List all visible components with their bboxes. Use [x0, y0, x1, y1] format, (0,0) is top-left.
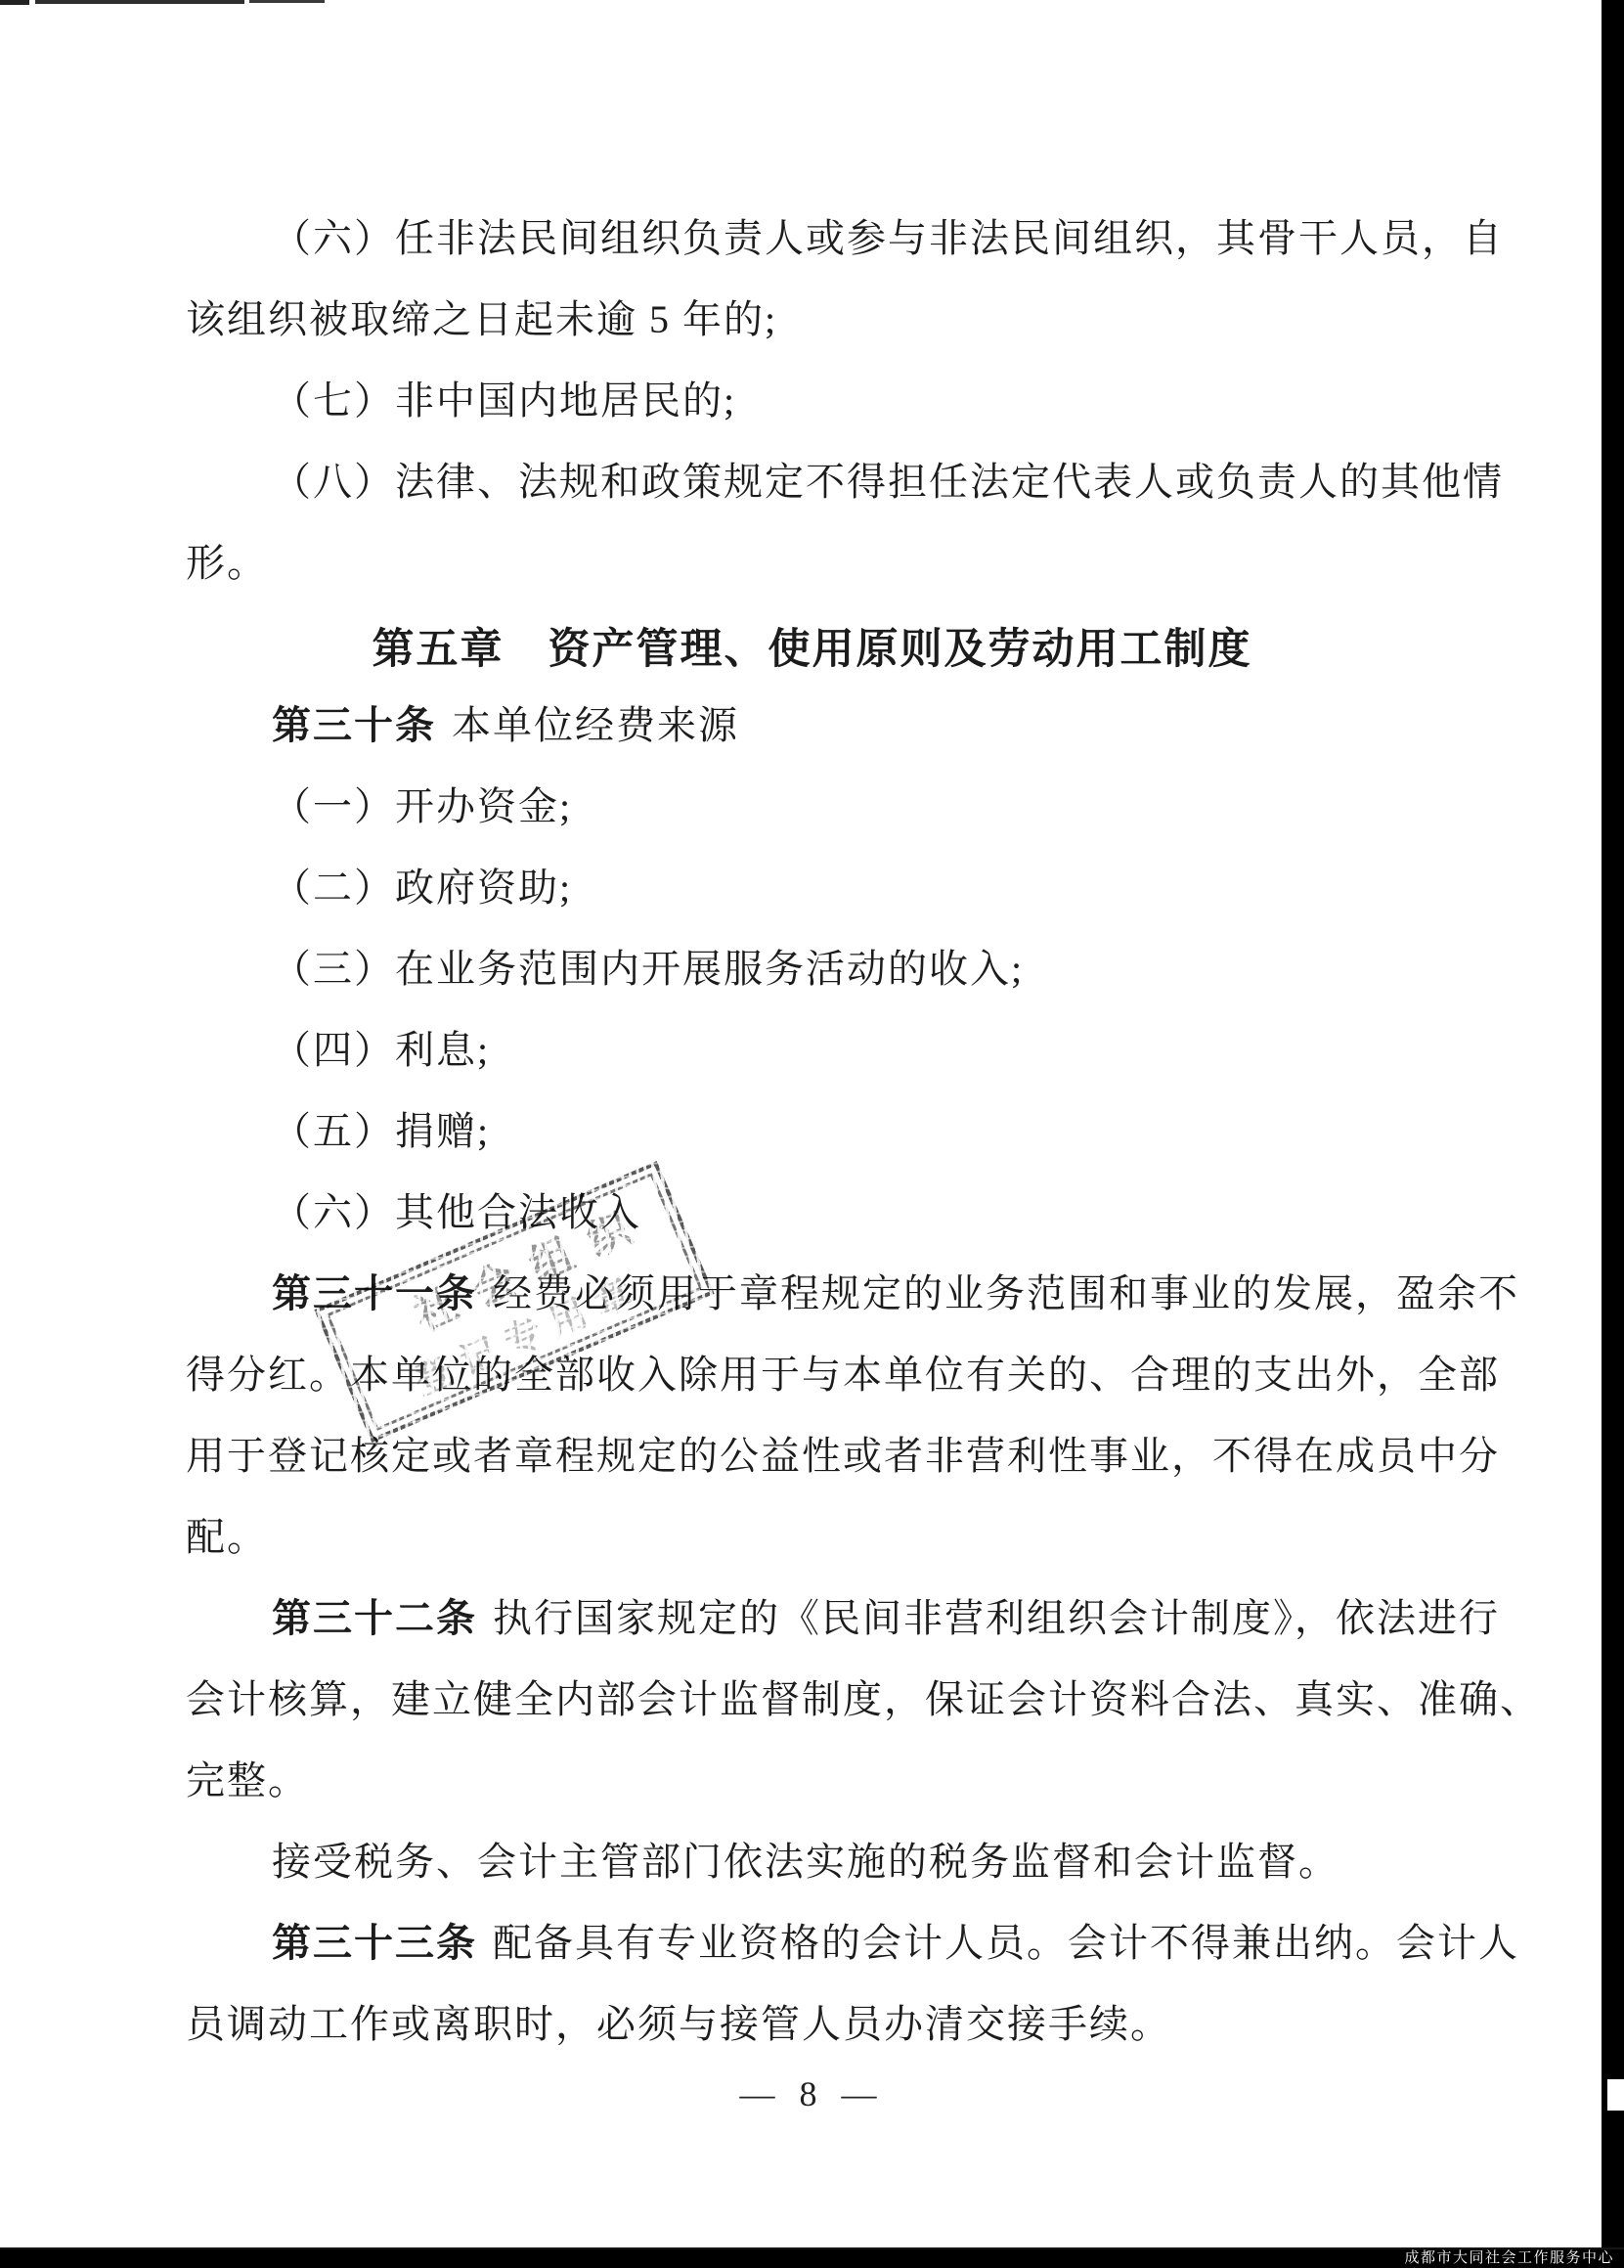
article-text: 配备具有专业资格的会计人员。会计不得兼出纳。会计人 [493, 1921, 1519, 1965]
article-number: 第三十条 [272, 704, 436, 747]
document-line: 员调动工作或离职时，必须与接管人员办清交接手续。 [186, 2003, 1171, 2046]
document-line: 形。 [186, 542, 268, 585]
document-line-article: 第三十条本单位经费来源 [272, 704, 739, 747]
document-line: 接受税务、会计主管部门依法实施的税务监督和会计监督。 [272, 1841, 1339, 1884]
document-line: （八）法律、法规和政策规定不得担任法定代表人或负责人的其他情 [272, 461, 1504, 504]
chapter-heading: 第五章 资产管理、使用原则及劳动用工制度 [0, 616, 1624, 676]
document-page: （六）任非法民间组织负责人或参与非法民间组织，其骨干人员，自 该组织被取缔之日起… [0, 0, 1624, 2268]
article-number: 第三十二条 [272, 1597, 477, 1640]
document-line-article: 第三十三条配备具有专业资格的会计人员。会计不得兼出纳。会计人 [272, 1922, 1519, 1965]
scan-artifact-segment [0, 0, 29, 5]
document-line: （六）任非法民间组织负责人或参与非法民间组织，其骨干人员，自 [272, 217, 1504, 260]
scan-artifact-right-band [1602, 0, 1624, 2268]
document-line: （五）捐赠; [272, 1110, 490, 1153]
scan-artifact-segment [249, 0, 325, 3]
page-number: — 8 — [0, 2073, 1624, 2114]
document-line-article: 第三十二条执行国家规定的《民间非营利组织会计制度》，依法进行 [272, 1597, 1500, 1640]
document-line: （三）在业务范围内开展服务活动的收入; [272, 948, 1024, 991]
document-line: 配。 [186, 1516, 268, 1559]
article-text: 本单位经费来源 [452, 703, 739, 747]
document-line: （七）非中国内地居民的; [272, 379, 736, 422]
scan-artifact-segment [35, 0, 244, 4]
article-text: 执行国家规定的《民间非营利组织会计制度》，依法进行 [493, 1596, 1500, 1640]
document-line: 会计核算，建立健全内部会计监督制度，保证会计资料合法、真实、准确、 [186, 1678, 1541, 1721]
scan-artifact-band-notch [1607, 2079, 1624, 2111]
footer-owner-label: 成都市大同社会工作服务中心 [1404, 2248, 1614, 2268]
document-line: 完整。 [186, 1759, 309, 1802]
document-line: （二）政府资助; [272, 867, 572, 910]
article-number: 第三十三条 [272, 1922, 477, 1965]
document-line: 该组织被取缔之日起未逾 5 年的; [186, 298, 777, 341]
document-line: （一）开办资金; [272, 785, 572, 828]
document-line: （四）利息; [272, 1029, 490, 1072]
document-line: 用于登记核定或者章程规定的公益性或者非营利性事业，不得在成员中分 [186, 1435, 1500, 1478]
scan-artifact-bottom-bar [0, 2247, 1624, 2268]
scan-artifact-top-strip [0, 0, 332, 6]
